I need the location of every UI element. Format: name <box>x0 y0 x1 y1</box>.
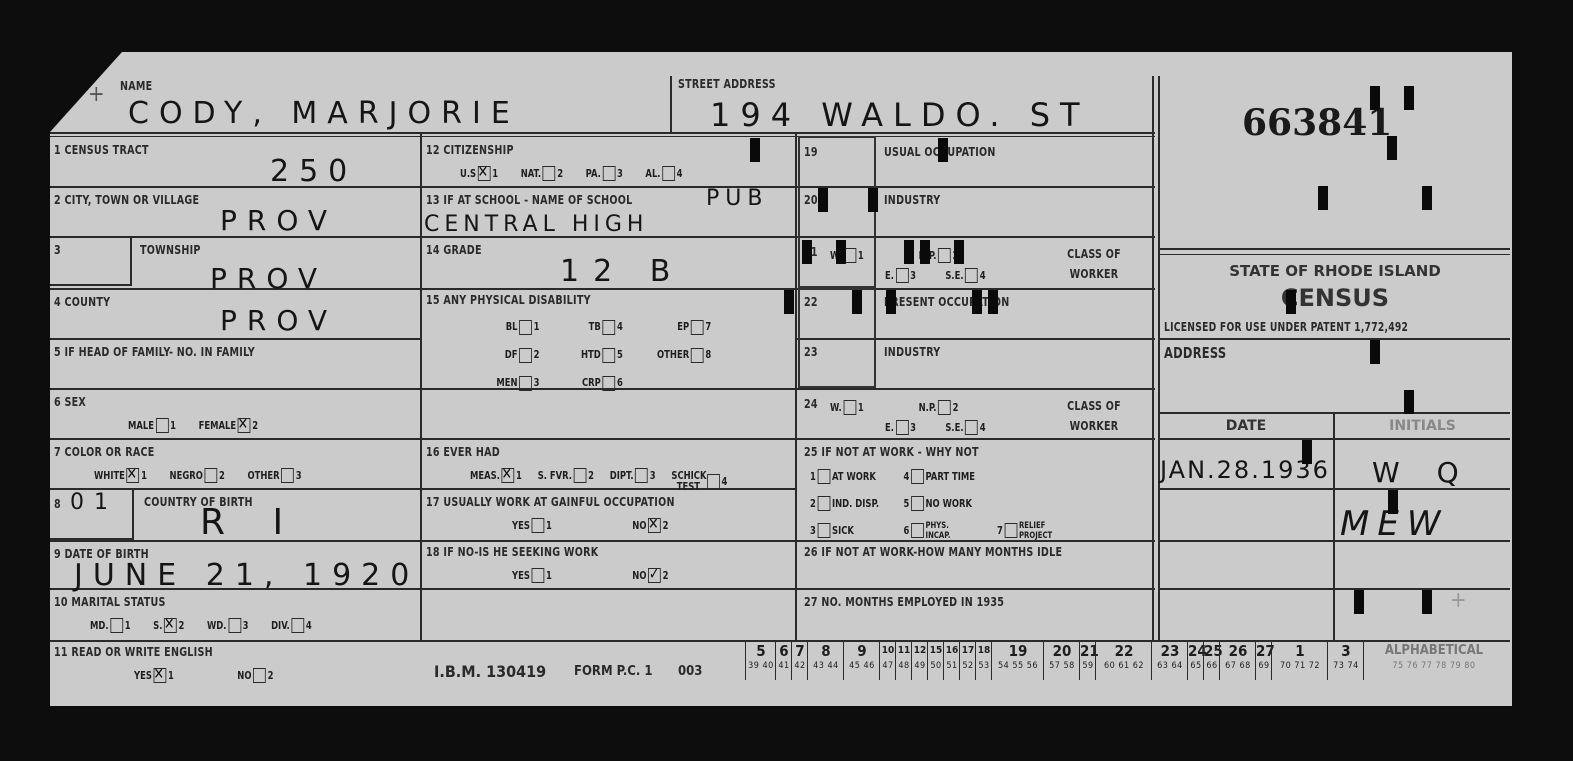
divider <box>1152 76 1154 641</box>
ever-had-options: MEAS.1 S. FVR.2 DIPT.3 SCHICK TEST4 <box>470 464 746 492</box>
sex-options: MALE1 FEMALE2 <box>128 414 277 433</box>
checkbox[interactable] <box>205 468 218 483</box>
disability-bl-option[interactable]: BL1 <box>480 314 540 340</box>
gainful-occupation-options: YES1 NO2 <box>512 514 687 533</box>
class24-se-option[interactable]: S.E.4 <box>945 420 985 435</box>
punch-hole <box>1404 390 1414 414</box>
checkbox[interactable] <box>911 469 924 484</box>
class24-e-option[interactable]: E.3 <box>885 420 916 435</box>
punch-hole <box>1388 490 1398 514</box>
punch-hole <box>1370 340 1380 364</box>
field-23-num: 23 <box>804 344 818 359</box>
checkbox[interactable] <box>965 420 978 435</box>
license-text: LICENSED FOR USE UNDER PATENT 1,772,492 <box>1164 320 1408 334</box>
checkbox[interactable] <box>662 166 675 181</box>
disability-other-option[interactable]: OTHER8 <box>642 342 712 368</box>
checkbox[interactable] <box>843 400 856 415</box>
marital-wd-option[interactable]: WD.3 <box>207 618 248 633</box>
checkbox[interactable] <box>911 496 924 511</box>
punch-hole <box>904 240 914 264</box>
marital-s-option[interactable]: S.2 <box>153 618 184 633</box>
why-ind-disp-option[interactable]: 2IND. DISP. <box>810 491 904 516</box>
divider <box>50 136 1155 137</box>
sex-male-option[interactable]: MALE1 <box>128 418 176 433</box>
punch-hole <box>750 138 760 162</box>
seeking-work-options: YES1 NO2 <box>512 564 687 583</box>
divider <box>670 76 672 132</box>
checkbox-checked[interactable] <box>164 618 177 633</box>
checkbox[interactable] <box>691 348 704 363</box>
class-21-options-2: E.3 S.E.4 <box>885 264 1004 283</box>
race-options: WHITE1 NEGRO2 OTHER3 <box>94 464 320 483</box>
disability-label: 15 ANY PHYSICAL DISABILITY <box>426 292 591 307</box>
field-19-num: 19 <box>804 144 818 159</box>
punch-hole <box>988 290 998 314</box>
race-other-option[interactable]: OTHER3 <box>247 468 301 483</box>
checkbox[interactable] <box>519 320 532 335</box>
stub-address-label: ADDRESS <box>1164 344 1226 362</box>
field-24-num: 24 <box>804 396 818 411</box>
grade-label: 14 GRADE <box>426 242 482 257</box>
checkbox[interactable] <box>602 320 615 335</box>
head-of-family-label: 5 IF HEAD OF FAMILY- NO. IN FAMILY <box>54 344 255 359</box>
field-22-num: 22 <box>804 294 818 309</box>
why-no-work-option[interactable]: 5NO WORK <box>904 491 973 516</box>
checkbox[interactable] <box>911 523 924 538</box>
why-relief-option[interactable]: 7RELIEF PROJECT <box>997 518 1062 543</box>
why-phys-incap-option[interactable]: 6PHYS. INCAP. <box>904 518 998 543</box>
punch-hole <box>1404 86 1414 110</box>
punch-hole <box>784 290 794 314</box>
checkbox-checked[interactable] <box>648 518 661 533</box>
checkbox[interactable] <box>965 268 978 283</box>
checkbox[interactable] <box>818 496 831 511</box>
initials-1-value: W Q <box>1372 456 1473 489</box>
checkbox-checked[interactable] <box>127 468 140 483</box>
county-value: PROV <box>220 304 337 337</box>
gainful-occupation-label: 17 USUALLY WORK AT GAINFUL OCCUPATION <box>426 494 675 509</box>
divider <box>420 132 422 640</box>
county-label: 4 COUNTY <box>54 294 110 309</box>
checkbox[interactable] <box>519 348 532 363</box>
why-sick-option[interactable]: 3SICK <box>810 518 904 543</box>
punch-hole <box>1302 440 1312 464</box>
checkbox-checked[interactable] <box>238 418 251 433</box>
checkbox[interactable] <box>543 166 556 181</box>
punch-hole <box>920 240 930 264</box>
industry-23-label: INDUSTRY <box>884 344 940 359</box>
class21-e-option[interactable]: E.3 <box>885 268 916 283</box>
class21-se-option[interactable]: S.E.4 <box>945 268 985 283</box>
street-address-value: 194 WALDO. ST <box>710 96 1090 134</box>
checkbox[interactable] <box>110 618 123 633</box>
registration-mark-icon: + <box>88 82 105 107</box>
ever-had-meas-option[interactable]: MEAS.1 <box>470 468 522 483</box>
divider <box>1158 76 1160 641</box>
sex-label: 6 SEX <box>54 394 86 409</box>
punch-hole <box>818 188 828 212</box>
why-not-at-work-label: 25 IF NOT AT WORK - WHY NOT <box>804 444 979 459</box>
date-of-birth-value: JUNE 21, 1920 <box>74 558 419 593</box>
checkbox[interactable] <box>603 166 616 181</box>
punch-hole <box>938 138 948 162</box>
punch-hole <box>972 290 982 314</box>
ever-had-label: 16 EVER HAD <box>426 444 500 459</box>
checkbox[interactable] <box>574 468 587 483</box>
industry-20-label: INDUSTRY <box>884 192 940 207</box>
registration-mark-icon: + <box>1450 588 1467 613</box>
disability-men-option[interactable]: MEN3 <box>480 370 540 396</box>
citizenship-al-option[interactable]: AL.4 <box>645 166 682 181</box>
class-24-options: W.1 N.P.2 <box>830 396 977 415</box>
school-label: 13 IF AT SCHOOL - NAME OF SCHOOL <box>426 192 632 207</box>
disability-df-option[interactable]: DF2 <box>480 342 540 368</box>
punch-hole <box>1422 186 1432 210</box>
read-write-yes-option[interactable]: YES1 <box>134 668 174 683</box>
read-write-label: 11 READ OR WRITE ENGLISH <box>54 644 213 659</box>
street-address-label: STREET ADDRESS <box>678 76 776 91</box>
checkbox[interactable] <box>938 248 951 263</box>
citizenship-options: U.S1 NAT.2 PA.3 AL.4 <box>460 162 701 181</box>
class24-w-option[interactable]: W.1 <box>830 400 864 415</box>
class24-np-option[interactable]: N.P.2 <box>919 400 959 415</box>
form-code: 003 <box>678 664 702 679</box>
date-label: DATE <box>1160 418 1332 434</box>
citizenship-us-option[interactable]: U.S1 <box>460 166 498 181</box>
country-of-birth-value: R I <box>200 502 301 543</box>
citizenship-pa-option[interactable]: PA.3 <box>586 166 623 181</box>
seeking-yes-option[interactable]: YES1 <box>512 568 552 583</box>
class-24-label: CLASS OF WORKER <box>1060 396 1128 436</box>
disability-ep-option[interactable]: EP7 <box>642 314 712 340</box>
name-value: CODY, MARJORIE <box>128 96 520 131</box>
punch-hole <box>836 240 846 264</box>
checkbox[interactable] <box>602 376 615 391</box>
school-value: CENTRAL HIGH <box>424 212 648 237</box>
disability-options: BL1TB4EP7 DF2HTD5OTHER8 MEN3CRP6 <box>480 312 752 396</box>
checkbox[interactable] <box>602 348 615 363</box>
field-20-num: 20 <box>804 192 818 207</box>
punch-hole <box>868 188 878 212</box>
school-type-value: PUB <box>706 186 768 211</box>
checkbox[interactable] <box>896 420 909 435</box>
checkbox[interactable] <box>938 400 951 415</box>
marital-options: MD.1 S.2 WD.3 DIV.4 <box>90 614 330 633</box>
checkbox[interactable] <box>253 668 266 683</box>
checkbox[interactable] <box>532 518 545 533</box>
state-label: STATE OF RHODE ISLAND <box>1160 262 1510 280</box>
ibm-number: I.B.M. 130419 <box>434 662 546 681</box>
city-label: 2 CITY, TOWN OR VILLAGE <box>54 192 199 207</box>
disability-crp-option[interactable]: CRP6 <box>558 370 623 396</box>
initials-label: INITIALS <box>1335 418 1510 434</box>
checkbox-checked[interactable] <box>154 668 167 683</box>
why-at-work-option[interactable]: 1AT WORK <box>810 464 904 489</box>
seeking-work-label: 18 IF NO-IS HE SEEKING WORK <box>426 544 598 559</box>
marital-status-label: 10 MARITAL STATUS <box>54 594 166 609</box>
checkbox[interactable] <box>291 618 304 633</box>
divider <box>50 132 1155 134</box>
punch-hole <box>1286 290 1296 314</box>
country-code-value: 01 <box>70 490 118 515</box>
census-title: CENSUS <box>1160 284 1510 312</box>
punch-hole <box>886 290 896 314</box>
class-24-options-2: E.3 S.E.4 <box>885 416 1004 435</box>
country-num: 8 <box>54 496 61 511</box>
township-value: PROV <box>210 262 327 295</box>
months-idle-label: 26 IF NOT AT WORK-HOW MANY MONTHS IDLE <box>804 544 1062 559</box>
checkbox-checked[interactable] <box>648 568 661 583</box>
checkbox[interactable] <box>635 468 648 483</box>
ever-had-schick-option[interactable]: SCHICK TEST4 <box>671 470 727 492</box>
marital-div-option[interactable]: DIV.4 <box>271 618 312 633</box>
checkbox[interactable] <box>281 468 294 483</box>
punch-hole <box>1387 136 1397 160</box>
sex-female-option[interactable]: FEMALE2 <box>199 418 259 433</box>
checkbox-checked[interactable] <box>478 166 491 181</box>
checkbox[interactable] <box>707 474 720 489</box>
checkbox[interactable] <box>519 376 532 391</box>
checkbox-checked[interactable] <box>502 468 515 483</box>
checkbox[interactable] <box>691 320 704 335</box>
class-21-label: CLASS OF WORKER <box>1060 244 1128 284</box>
punch-hole <box>1318 186 1328 210</box>
months-employed-label: 27 NO. MONTHS EMPLOYED IN 1935 <box>804 594 1004 609</box>
divider <box>795 132 797 640</box>
census-tract-value: 250 <box>270 154 357 189</box>
race-negro-option[interactable]: NEGRO2 <box>170 468 225 483</box>
checkbox[interactable] <box>532 568 545 583</box>
checkbox[interactable] <box>818 469 831 484</box>
punch-hole <box>954 240 964 264</box>
punch-hole <box>1370 86 1380 110</box>
marital-md-option[interactable]: MD.1 <box>90 618 131 633</box>
read-write-options: YES1 NO2 <box>134 664 292 683</box>
why-part-time-option[interactable]: 4PART TIME <box>904 464 976 489</box>
citizenship-label: 12 CITIZENSHIP <box>426 142 514 157</box>
township-num: 3 <box>54 242 61 257</box>
city-value: PROV <box>220 204 337 237</box>
read-write-no-option[interactable]: NO2 <box>237 668 273 683</box>
checkbox[interactable] <box>896 268 909 283</box>
race-white-option[interactable]: WHITE1 <box>94 468 147 483</box>
name-label: NAME <box>120 78 152 93</box>
gainful-yes-option[interactable]: YES1 <box>512 518 552 533</box>
census-tract-label: 1 CENSUS TRACT <box>54 142 149 157</box>
race-label: 7 COLOR OR RACE <box>54 444 155 459</box>
punch-hole <box>852 290 862 314</box>
seeking-no-option[interactable]: NO2 <box>632 568 668 583</box>
punch-hole <box>1354 590 1364 614</box>
disability-htd-option[interactable]: HTD5 <box>558 342 623 368</box>
ever-had-dipt-option[interactable]: DIPT.3 <box>610 468 656 483</box>
punch-hole <box>802 240 812 264</box>
checkbox[interactable] <box>156 418 169 433</box>
ever-had-sfvr-option[interactable]: S. FVR.2 <box>538 468 594 483</box>
disability-tb-option[interactable]: TB4 <box>558 314 623 340</box>
census-card: + NAME CODY, MARJORIE STREET ADDRESS 194… <box>50 52 1512 706</box>
gainful-no-option[interactable]: NO2 <box>632 518 668 533</box>
punch-hole <box>1422 590 1432 614</box>
grade-value: 12 B <box>560 254 684 289</box>
column-key: 539 40 641 742 843 44 945 46 1047 1148 1… <box>745 642 1510 682</box>
checkbox[interactable] <box>228 618 241 633</box>
citizenship-nat-option[interactable]: NAT.2 <box>521 166 563 181</box>
township-code-box <box>50 236 132 286</box>
why-not-options: 1AT WORK4PART TIME 2IND. DISP.5NO WORK 3… <box>810 462 1099 543</box>
checkbox[interactable] <box>1005 523 1018 538</box>
form-number: FORM P.C. 1 <box>574 664 653 679</box>
township-label: TOWNSHIP <box>140 242 201 257</box>
checkbox[interactable] <box>818 523 831 538</box>
